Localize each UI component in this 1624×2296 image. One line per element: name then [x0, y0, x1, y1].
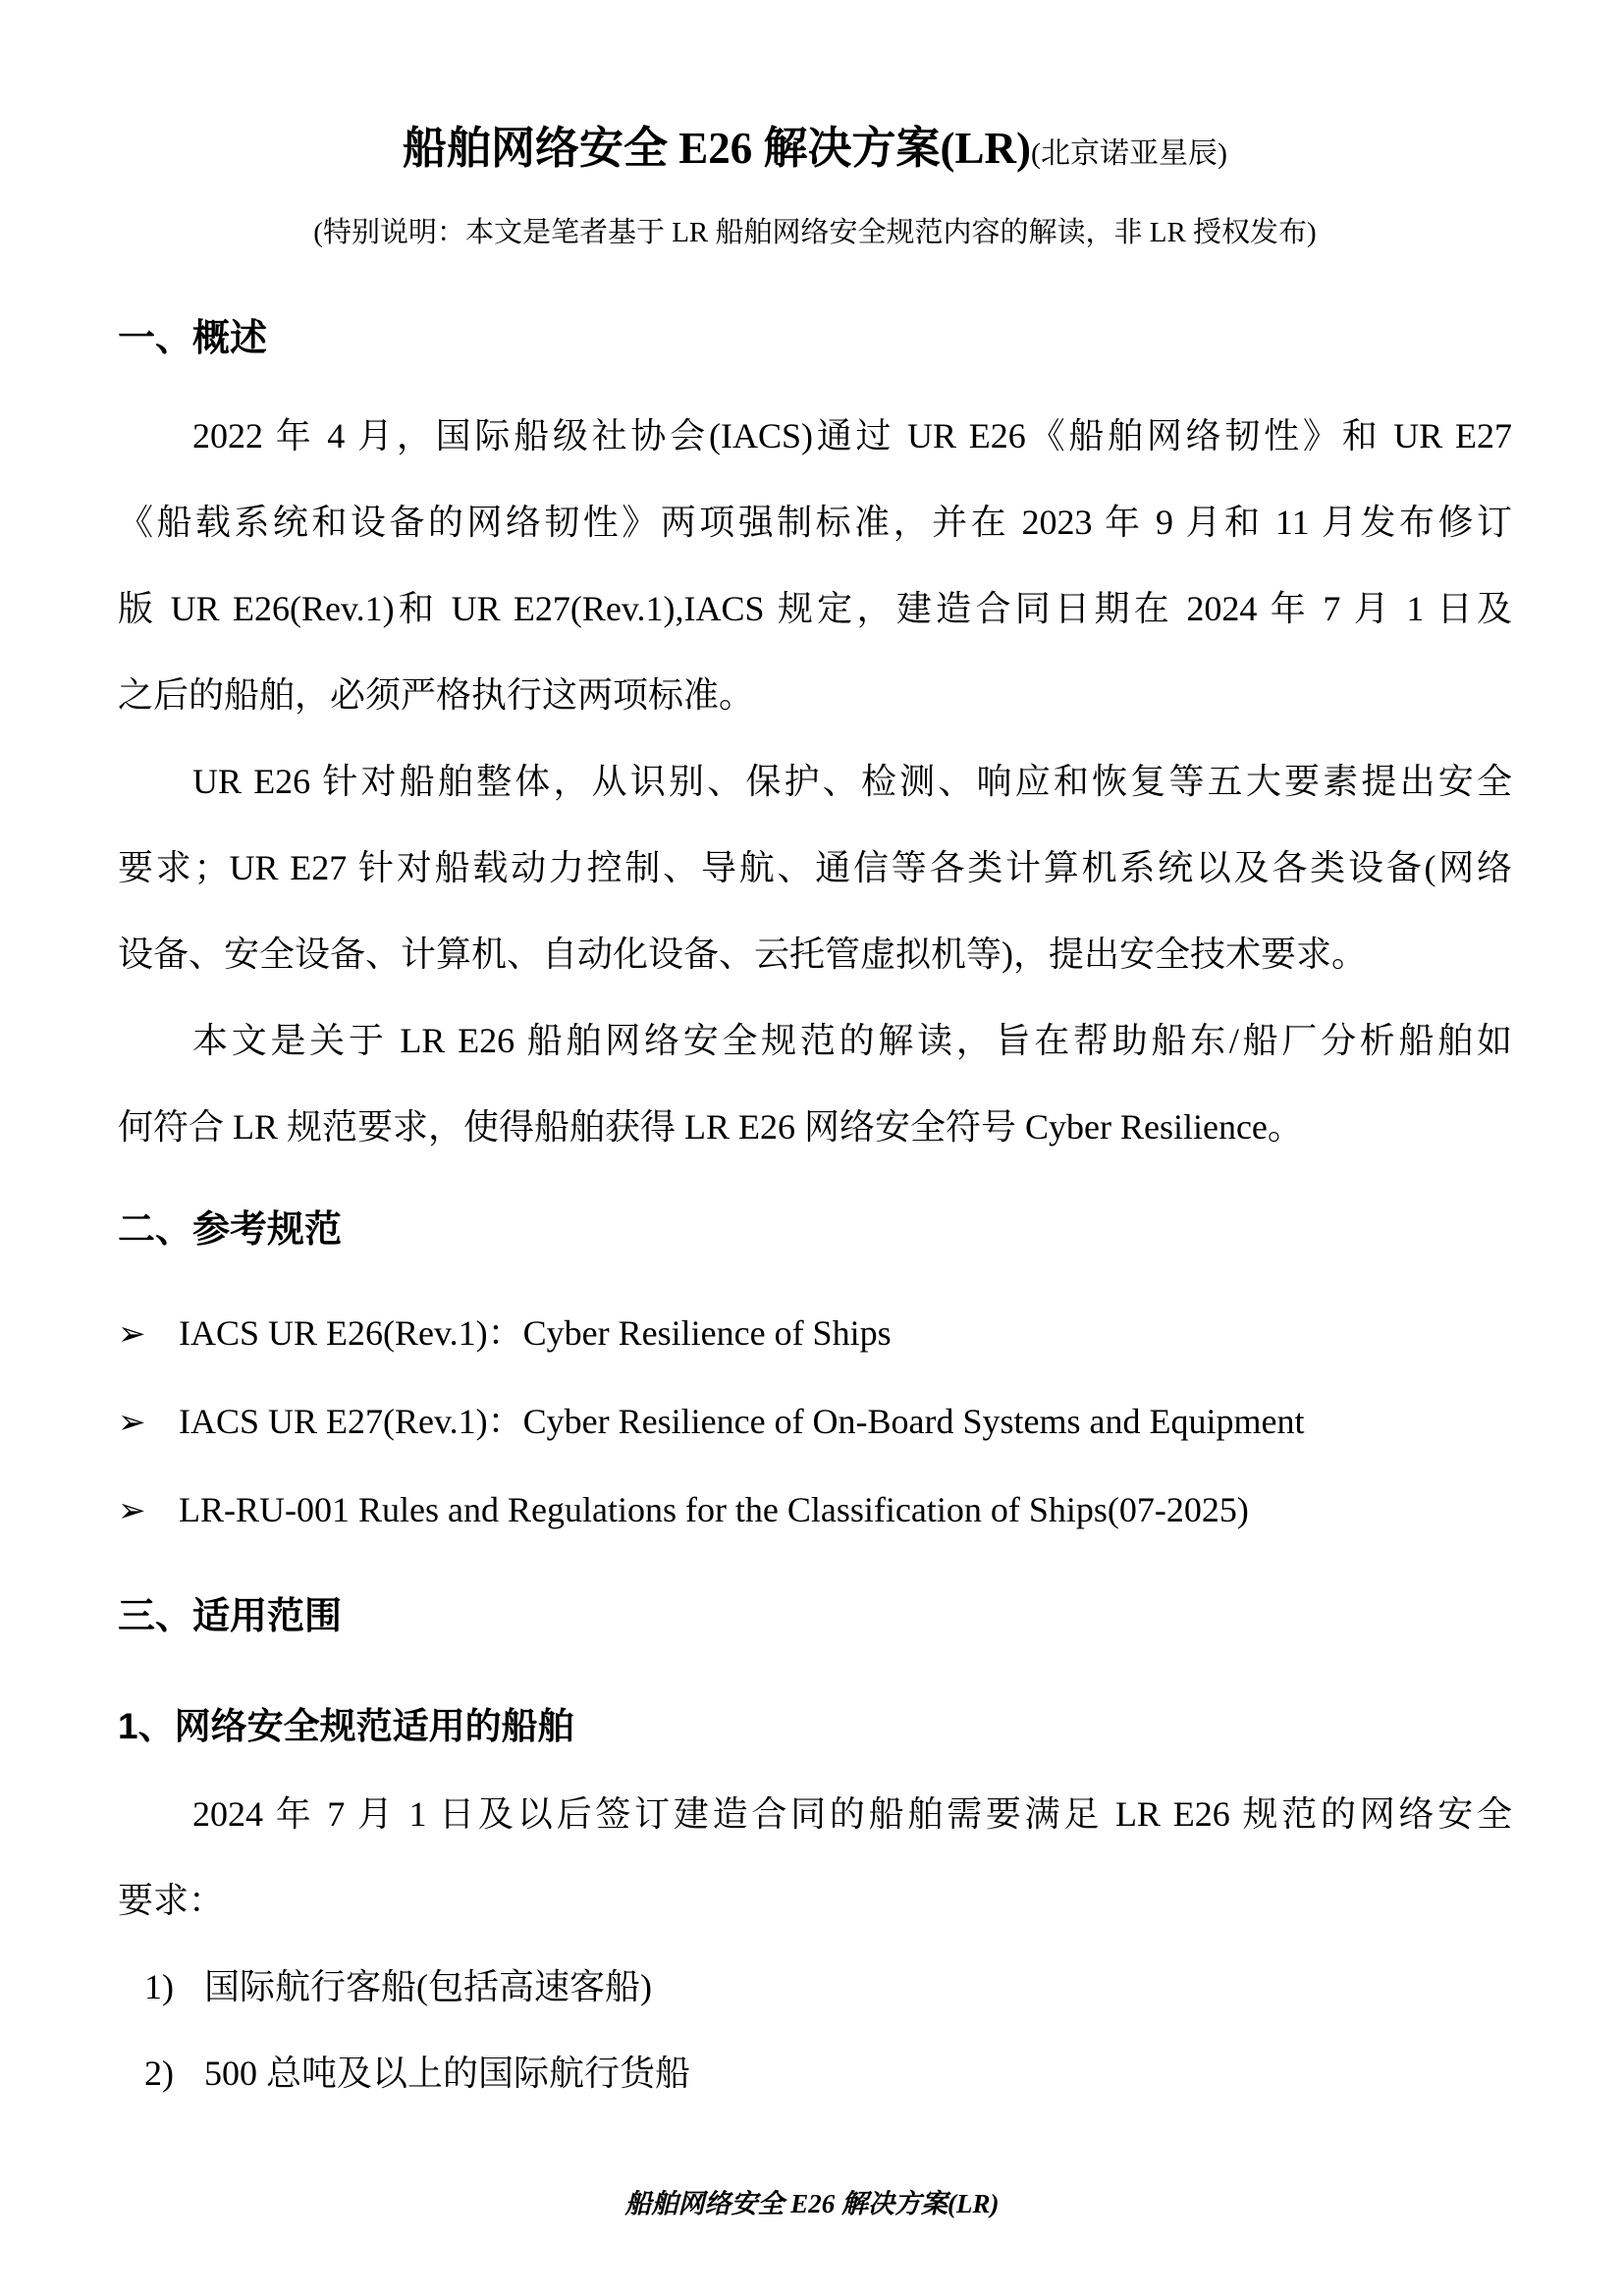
- item-text: 500 总吨及以上的国际航行货船: [204, 2054, 690, 2093]
- page-title: 船舶网络安全 E26 解决方案(LR)(北京诺亚星辰): [118, 116, 1512, 187]
- paragraph-line: 何符合 LR 规范要求，使得船舶获得 LR E26 网络安全符号 Cyber R…: [118, 1084, 1512, 1170]
- paragraph-line: 要求：: [118, 1857, 1512, 1944]
- subsection-heading-applicable-ships: 1、网络安全规范适用的船舶: [118, 1704, 1512, 1749]
- paragraph-line: 版 UR E26(Rev.1)和 UR E27(Rev.1),IACS 规定，建…: [118, 565, 1512, 652]
- section-heading-overview: 一、概述: [118, 314, 1512, 363]
- applicable-ships-list: 1)国际航行客船(包括高速客船) 2)500 总吨及以上的国际航行货船: [118, 1944, 1512, 2116]
- arrow-bullet-icon: ➢: [118, 1468, 179, 1555]
- arrow-bullet-icon: ➢: [118, 1292, 179, 1378]
- paragraph-line: 本文是关于 LR E26 船舶网络安全规范的解读，旨在帮助船东/船厂分析船舶如: [118, 997, 1512, 1084]
- item-marker: 1): [144, 1944, 204, 2030]
- paragraph-line: 设备、安全设备、计算机、自动化设备、云托管虚拟机等)，提出安全技术要求。: [118, 911, 1512, 997]
- page-subtitle: (特别说明：本文是笔者基于 LR 船舶网络安全规范内容的解读，非 LR 授权发布…: [118, 210, 1512, 255]
- document-page: 船舶网络安全 E26 解决方案(LR)(北京诺亚星辰) (特别说明：本文是笔者基…: [0, 0, 1624, 2296]
- paragraph-line: 要求；UR E27 针对船载动力控制、导航、通信等各类计算机系统以及各类设备(网…: [118, 825, 1512, 911]
- page-title-suffix: (北京诺亚星辰): [1031, 137, 1227, 170]
- reference-bullet: ➢IACS UR E27(Rev.1)：Cyber Resilience of …: [118, 1378, 1512, 1467]
- numbered-item: 1)国际航行客船(包括高速客船): [118, 1944, 1512, 2030]
- page-footer: 船舶网络安全 E26 解决方案(LR): [0, 2184, 1624, 2223]
- section-heading-scope: 三、适用范围: [118, 1592, 1512, 1641]
- paragraph-line: 2022 年 4 月，国际船级社协会(IACS)通过 UR E26《船舶网络韧性…: [118, 393, 1512, 479]
- reference-list: ➢IACS UR E26(Rev.1)：Cyber Resilience of …: [118, 1290, 1512, 1555]
- paragraph-line: 《船载系统和设备的网络韧性》两项强制标准，并在 2023 年 9 月和 11 月…: [118, 479, 1512, 565]
- item-text: 国际航行客船(包括高速客船): [204, 1967, 652, 2006]
- paragraph-line: 2024 年 7 月 1 日及以后签订建造合同的船舶需要满足 LR E26 规范…: [118, 1771, 1512, 1857]
- reference-text: IACS UR E26(Rev.1)：Cyber Resilience of S…: [179, 1313, 892, 1353]
- scope-paragraph: 2024 年 7 月 1 日及以后签订建造合同的船舶需要满足 LR E26 规范…: [118, 1771, 1512, 1944]
- reference-bullet: ➢IACS UR E26(Rev.1)：Cyber Resilience of …: [118, 1290, 1512, 1378]
- overview-paragraphs: 2022 年 4 月，国际船级社协会(IACS)通过 UR E26《船舶网络韧性…: [118, 393, 1512, 1170]
- item-marker: 2): [144, 2030, 204, 2116]
- reference-text: LR-RU-001 Rules and Regulations for the …: [179, 1490, 1249, 1529]
- paragraph-line: 之后的船舶，必须严格执行这两项标准。: [118, 652, 1512, 738]
- numbered-item: 2)500 总吨及以上的国际航行货船: [118, 2030, 1512, 2116]
- paragraph-line: UR E26 针对船舶整体，从识别、保护、检测、响应和恢复等五大要素提出安全: [118, 738, 1512, 825]
- page-title-main: 船舶网络安全 E26 解决方案(LR): [403, 124, 1031, 173]
- reference-bullet: ➢LR-RU-001 Rules and Regulations for the…: [118, 1467, 1512, 1555]
- section-heading-references: 二、参考规范: [118, 1205, 1512, 1255]
- arrow-bullet-icon: ➢: [118, 1380, 179, 1467]
- reference-text: IACS UR E27(Rev.1)：Cyber Resilience of O…: [179, 1402, 1305, 1441]
